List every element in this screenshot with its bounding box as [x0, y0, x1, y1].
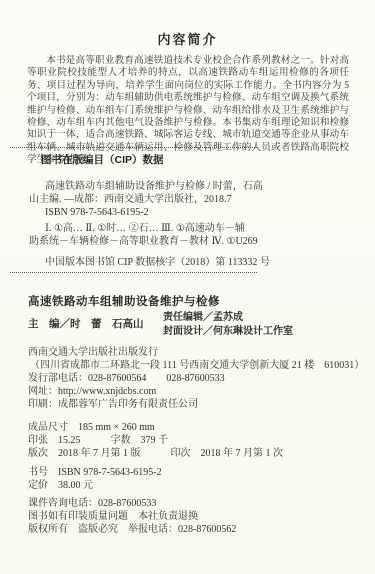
quality-notice-line: 图书如有印装质量问题 本社负责退换: [28, 510, 198, 523]
book-number-line: 书号 ISBN 978-7-5643-6195-2: [28, 466, 162, 479]
copyright-notice-line: 版权所有 盗版必究 举报电话：028-87600562: [28, 523, 236, 536]
cip-isbn-line: ISBN 978-7-5643-6195-2: [45, 206, 149, 219]
cip-heading: 图书在版编目（CIP）数据: [41, 152, 164, 167]
printer-line: 印刷：成都蓉军广告印务有限责任公司: [28, 398, 198, 411]
cip-class-line-1: Ⅰ. ①高… Ⅱ. ①时… ②石… Ⅲ. ①高速动车－辅: [45, 222, 245, 235]
sales-phone-line: 发行部电话：028-87600564 028-87600533: [28, 372, 225, 385]
cip-entry-line-1: 高速铁路动车组辅助设备维护与检修 / 时蕾，石高: [45, 180, 263, 193]
cip-record-line: 中国版本图书馆 CIP 数据核字（2018）第 113332 号: [45, 256, 270, 269]
courseware-phone-line: 课件咨询电话：028-87600533: [28, 497, 156, 510]
cip-class-line-2: 助系统－车辆检修－高等职业教育－教材 Ⅳ. ①U269: [29, 235, 258, 248]
publisher-line: 西南交通大学出版社出版发行: [28, 346, 158, 359]
publisher-address-line: （四川省成都市二环路北一段 111 号西南交通大学创新大厦 21 楼 61003…: [30, 359, 364, 372]
book-copyright-page: 内容简介 本书是高等职业教育高速铁道技术专业校企合作系列教材之一。针对高等职业院…: [0, 0, 375, 574]
edition-impression-line: 版次 2018 年 7 月第 1 版 印次 2018 年 7 月第 1 次: [28, 447, 283, 460]
chief-editor-line: 主 编／时 蕾 石高山: [28, 318, 144, 331]
managing-editor-line: 责任编辑／孟苏成: [163, 311, 243, 324]
cip-divider-bottom: [10, 272, 257, 273]
cip-divider-top: [10, 147, 257, 148]
cip-entry-line-2: 山主编. —成都：西南交通大学出版社，2018.7: [29, 193, 232, 206]
trim-size-line: 成品尺寸 185 mm × 260 mm: [28, 421, 155, 434]
cover-design-line: 封面设计／何东琳设计工作室: [163, 325, 293, 338]
book-title: 高速铁路动车组辅助设备维护与检修: [28, 293, 220, 309]
price-line: 定价 38.00 元: [28, 479, 93, 492]
content-summary-title: 内容简介: [0, 29, 375, 48]
sheets-words-line: 印张 15.25 字数 379 千: [28, 434, 168, 447]
content-summary-paragraph: 本书是高等职业教育高速铁道技术专业校企合作系列教材之一。针对高等职业院校技能型人…: [27, 55, 349, 167]
website-line: 网址：http://www.xnjdcbs.com: [28, 385, 156, 398]
